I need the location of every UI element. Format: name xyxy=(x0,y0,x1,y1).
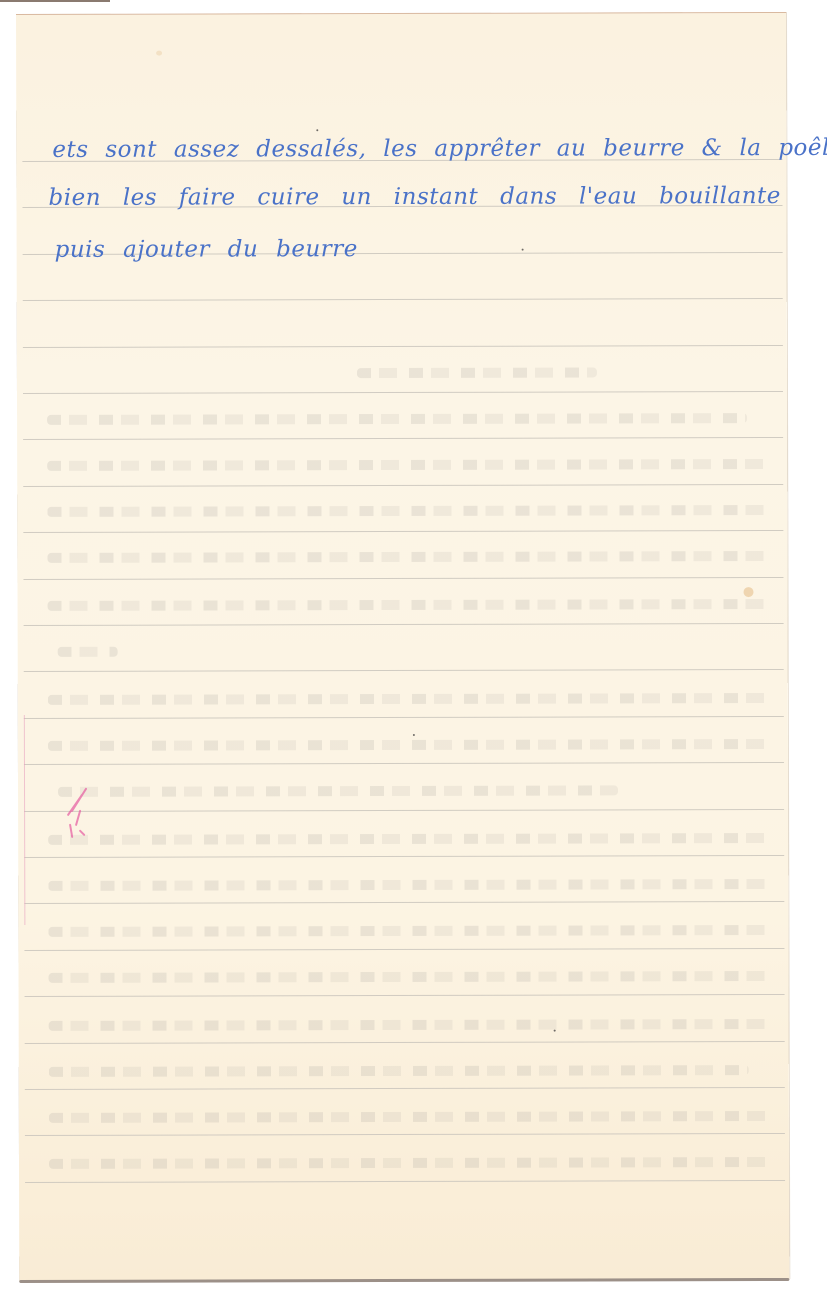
bleed-through-stroke xyxy=(48,693,768,705)
ruled-line xyxy=(23,391,783,394)
handwritten-line-1: ets sont assez dessalés, les apprêter au… xyxy=(52,135,827,163)
pink-ink-mark xyxy=(58,785,92,843)
ruled-line xyxy=(23,345,783,348)
bleed-through-stroke xyxy=(49,1157,769,1169)
ruled-line xyxy=(24,809,784,812)
paper-stain xyxy=(744,587,754,597)
ruled-line xyxy=(24,716,784,719)
bleed-through-stroke xyxy=(48,599,768,611)
ruled-line xyxy=(24,762,784,765)
bleed-through-stroke xyxy=(58,647,118,657)
bleed-through-stroke xyxy=(47,551,767,563)
ruled-line xyxy=(25,1180,785,1183)
ruled-line xyxy=(24,901,784,904)
bleed-through-stroke xyxy=(48,833,768,845)
ruled-line xyxy=(23,437,783,440)
bleed-through-stroke xyxy=(49,1065,749,1077)
bleed-through-stroke xyxy=(47,413,747,425)
bleed-through-stroke xyxy=(49,1111,769,1123)
bleed-through-stroke xyxy=(48,879,768,891)
paper-speck xyxy=(554,1030,556,1032)
ruled-line xyxy=(23,530,783,533)
ruled-line xyxy=(23,577,783,580)
scan-edge-artifact xyxy=(0,0,110,2)
bleed-through-stroke xyxy=(47,505,767,517)
paper-speck xyxy=(522,249,524,251)
ruled-line xyxy=(24,623,784,626)
ruled-lines xyxy=(16,13,786,15)
bleed-through-stroke xyxy=(48,925,768,937)
bleed-through-stroke xyxy=(49,971,769,983)
paper-stain xyxy=(156,51,162,56)
handwritten-line-2: bien les faire cuire un instant dans l'e… xyxy=(48,183,780,211)
bleed-through-stroke xyxy=(49,1019,769,1031)
bleed-through-stroke xyxy=(58,785,618,796)
ruled-line xyxy=(25,1041,785,1044)
paper-speck xyxy=(316,129,318,131)
ruled-line xyxy=(24,669,784,672)
ruled-line xyxy=(25,994,785,997)
bleed-through-stroke xyxy=(47,459,767,471)
paper-speck xyxy=(413,734,415,736)
margin-line xyxy=(24,715,26,925)
handwritten-line-3: puis ajouter du beurre xyxy=(55,236,358,263)
ruled-line xyxy=(25,1087,785,1090)
ruled-line xyxy=(24,855,784,858)
ruled-line xyxy=(25,1133,785,1136)
bleed-through-stroke xyxy=(357,367,597,378)
bleed-through-stroke xyxy=(48,739,768,751)
ruled-line xyxy=(23,484,783,487)
ruled-line xyxy=(24,948,784,951)
ruled-line xyxy=(23,298,783,301)
paper-page: ets sont assez dessalés, les apprêter au… xyxy=(16,12,789,1281)
bleed-through-text xyxy=(16,13,786,15)
